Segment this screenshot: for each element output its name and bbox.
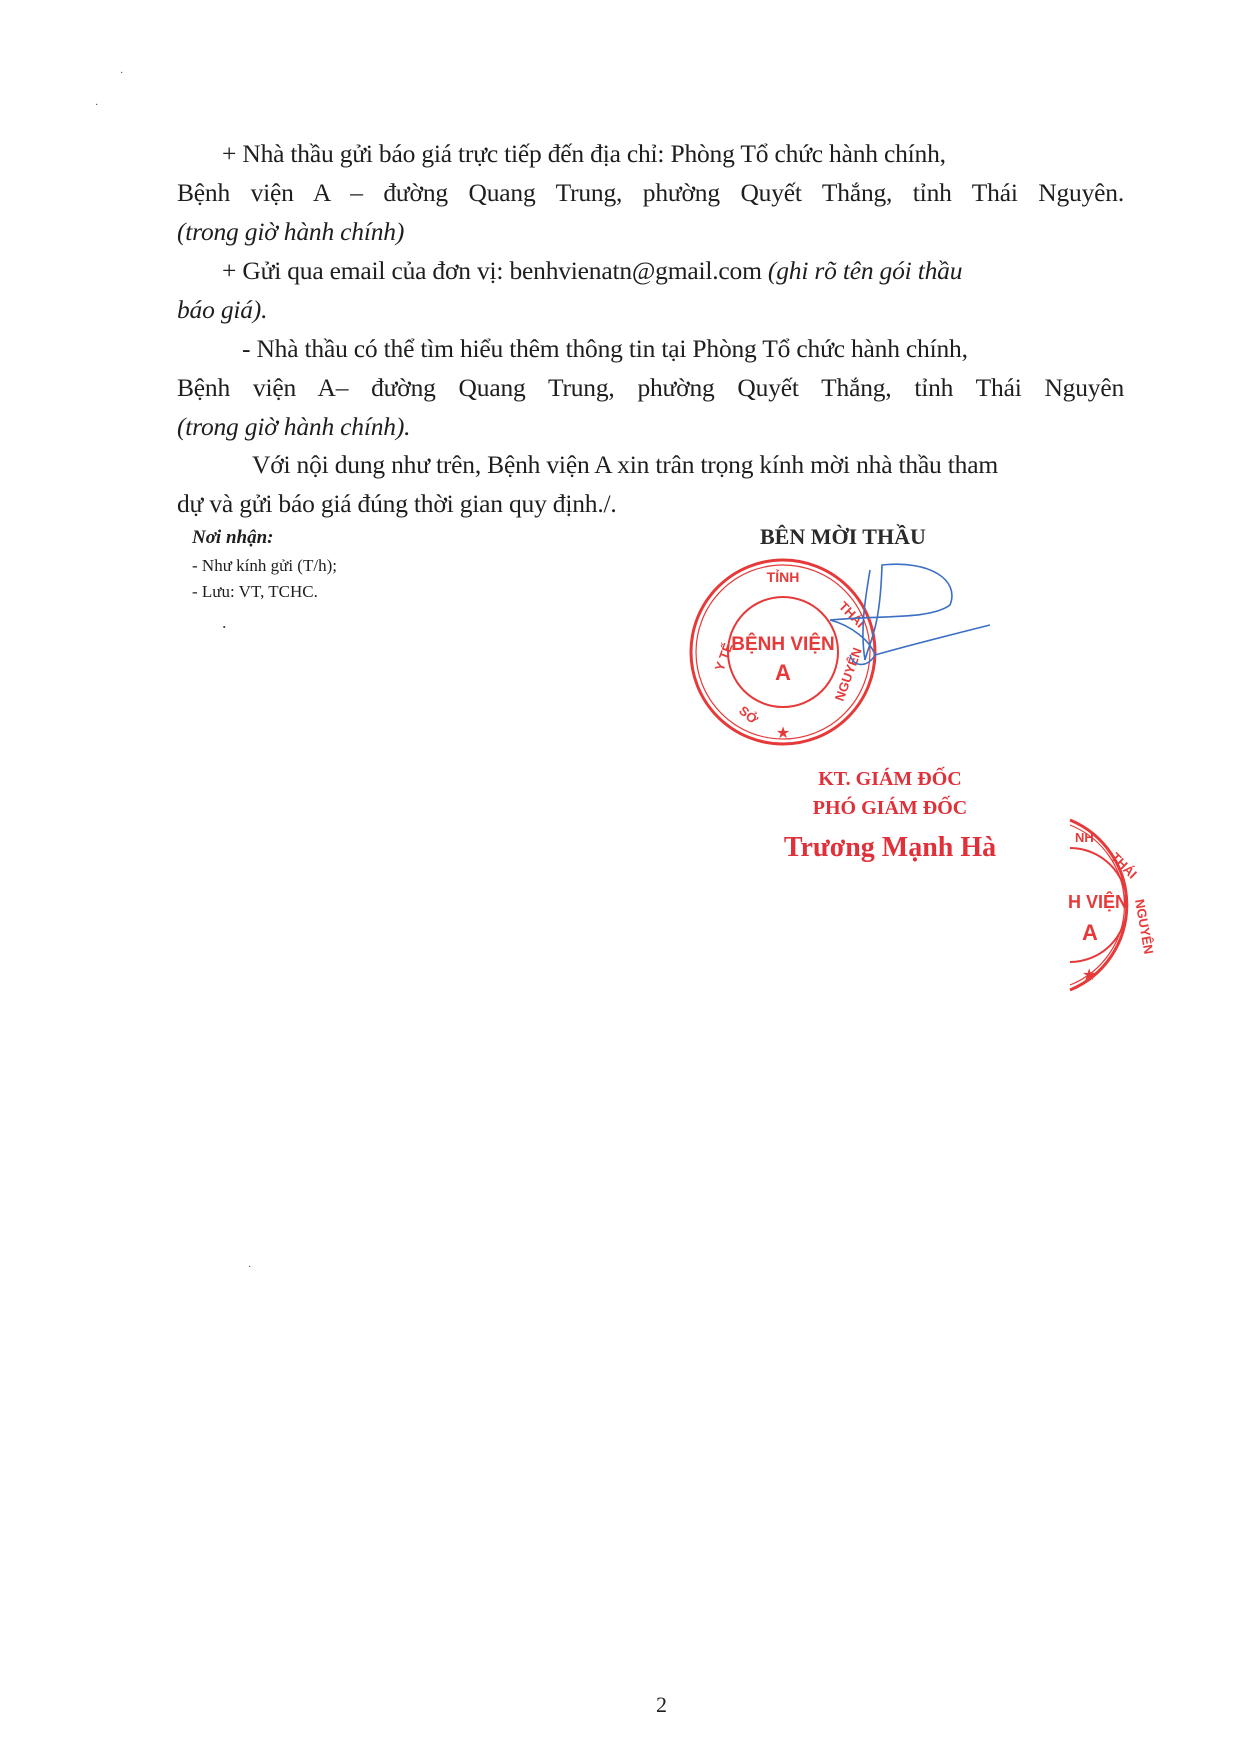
body-text: Bệnh viện A– đường Quang Trung, phường Q… <box>177 373 1124 402</box>
recipient-item: - Lưu: VT, TCHC. <box>192 582 318 602</box>
svg-text:★: ★ <box>1082 967 1096 984</box>
body-text: (trong giờ hành chính). <box>177 412 410 441</box>
scan-speck: · <box>120 68 123 79</box>
body-line-7: Bệnh viện A– đường Quang Trung, phường Q… <box>177 375 1124 401</box>
body-text: + Gửi qua email của đơn vị: benhvienatn@… <box>222 256 768 285</box>
svg-text:A: A <box>1082 920 1098 945</box>
body-text: Bệnh viện A – đường Quang Trung, phường … <box>177 178 1124 207</box>
partial-stamp-icon: NH THÁI NGUYÊN H VIỆN A ★ <box>1040 800 1241 1000</box>
svg-text:A: A <box>775 660 791 685</box>
recipient-item: - Như kính gửi (T/h); <box>192 556 337 576</box>
scan-speck: · <box>95 100 98 111</box>
body-text-italic: (ghi rõ tên gói thầu <box>768 256 962 285</box>
signature-title-2: PHÓ GIÁM ĐỐC <box>740 797 1040 820</box>
body-text: - Nhà thầu có thể tìm hiểu thêm thông ti… <box>242 334 968 363</box>
signer-name: Trương Mạnh Hà <box>740 832 1040 864</box>
body-line-8: (trong giờ hành chính). <box>177 414 410 440</box>
scan-speck: . <box>222 612 227 633</box>
body-text: báo giá). <box>177 295 267 324</box>
body-text: (trong giờ hành chính) <box>177 217 404 246</box>
document-page: · · + Nhà thầu gửi báo giá trực tiếp đến… <box>0 0 1241 1755</box>
body-line-4: + Gửi qua email của đơn vị: benhvienatn@… <box>222 258 1124 284</box>
body-text: + Nhà thầu gửi báo giá trực tiếp đến địa… <box>222 139 946 168</box>
svg-text:NGUYÊN: NGUYÊN <box>1132 898 1156 955</box>
svg-text:NH: NH <box>1075 830 1094 845</box>
svg-text:SỞ: SỞ <box>736 703 761 728</box>
signature-header: BÊN MỜI THẦU <box>760 524 926 550</box>
signature-title-1: KT. GIÁM ĐỐC <box>740 768 1040 791</box>
svg-text:H VIỆN: H VIỆN <box>1068 891 1128 912</box>
body-line-6: - Nhà thầu có thể tìm hiểu thêm thông ti… <box>242 336 1124 362</box>
body-line-5: báo giá). <box>177 297 267 323</box>
body-line-10: dự và gửi báo giá đúng thời gian quy địn… <box>177 491 617 517</box>
handwritten-signature <box>820 560 1000 680</box>
body-line-9: Với nội dung như trên, Bệnh viện A xin t… <box>252 452 1124 478</box>
page-number: 2 <box>656 1692 667 1718</box>
scan-speck: · <box>248 1262 251 1273</box>
body-line-3: (trong giờ hành chính) <box>177 219 404 245</box>
body-line-1: + Nhà thầu gửi báo giá trực tiếp đến địa… <box>222 141 1124 167</box>
body-text: Với nội dung như trên, Bệnh viện A xin t… <box>252 450 998 479</box>
body-line-2: Bệnh viện A – đường Quang Trung, phường … <box>177 180 1124 206</box>
body-text: dự và gửi báo giá đúng thời gian quy địn… <box>177 489 617 518</box>
svg-text:TỈNH: TỈNH <box>767 569 800 585</box>
recipients-title: Nơi nhận: <box>192 527 273 549</box>
svg-text:★: ★ <box>776 725 790 742</box>
